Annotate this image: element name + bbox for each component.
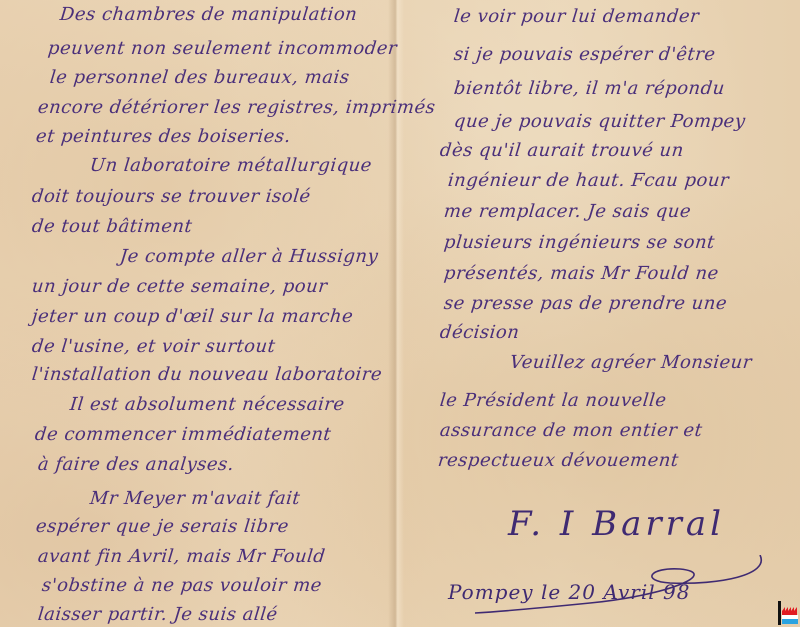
letter-line: peuvent non seulement incommoder: [47, 38, 398, 59]
letter-line: avant fin Avril, mais Mr Fould: [37, 546, 327, 567]
letter-line: Veuillez agréer Monsieur: [509, 352, 753, 373]
letter-line: de commencer immédiatement: [34, 424, 332, 445]
signature: F. I Barral: [508, 504, 725, 544]
letter-line: le voir pour lui demander: [453, 6, 700, 27]
letter-line: jeter un coup d'œil sur la marche: [31, 306, 354, 327]
place-and-date: Pompey le 20 Avril 98: [448, 580, 690, 604]
letter-line: à faire des analyses.: [37, 454, 235, 475]
letter-line: Un laboratoire métallurgique: [89, 155, 373, 176]
letter-line: l'installation du nouveau laboratoire: [31, 364, 383, 385]
letter-line: s'obstine à ne pas vouloir me: [41, 575, 323, 596]
letter-line: le Président la nouvelle: [439, 390, 668, 411]
letter-line: un jour de cette semaine, pour: [31, 276, 329, 297]
letter-line: ingénieur de haut. Fcau pour: [447, 170, 730, 191]
letter-sheet: Des chambres de manipulation peuvent non…: [0, 0, 800, 627]
letter-line: Je compte aller à Hussigny: [119, 246, 379, 267]
letter-line: respectueux dévouement: [437, 450, 680, 471]
letter-line: se presse pas de prendre une: [443, 293, 728, 314]
letter-line: présentés, mais Mr Fould ne: [443, 263, 720, 284]
letter-line: dès qu'il aurait trouvé un: [439, 140, 685, 161]
letter-line: encore détériorer les registres, imprimé…: [37, 97, 437, 118]
letter-line: doit toujours se trouver isolé: [31, 186, 312, 207]
letter-line: bientôt libre, il m'a répondu: [453, 78, 726, 99]
letter-line: laisser partir. Je suis allé: [37, 604, 279, 625]
letter-line: si je pouvais espérer d'être: [453, 44, 717, 65]
letter-line: me remplacer. Je sais que: [443, 201, 692, 222]
letter-line: que je pouvais quitter Pompey: [453, 111, 747, 132]
letter-line: plusieurs ingénieurs se sont: [443, 232, 716, 253]
letter-line: Mr Meyer m'avait fait: [89, 488, 301, 509]
letter-line: Des chambres de manipulation: [59, 4, 359, 25]
letter-line: Il est absolument nécessaire: [69, 394, 346, 415]
letter-line: et peintures des boiseries.: [35, 126, 292, 147]
left-page: Des chambres de manipulation peuvent non…: [0, 0, 400, 627]
letter-line: assurance de mon entier et: [439, 420, 704, 441]
letter-line: décision: [439, 322, 521, 343]
letter-line: de tout bâtiment: [31, 216, 194, 237]
letter-line: de l'usine, et voir surtout: [31, 336, 277, 357]
letter-line: le personnel des bureaux, mais: [49, 67, 351, 88]
factory-flag-logo-icon: [778, 601, 798, 625]
letter-line: espérer que je serais libre: [35, 516, 290, 537]
